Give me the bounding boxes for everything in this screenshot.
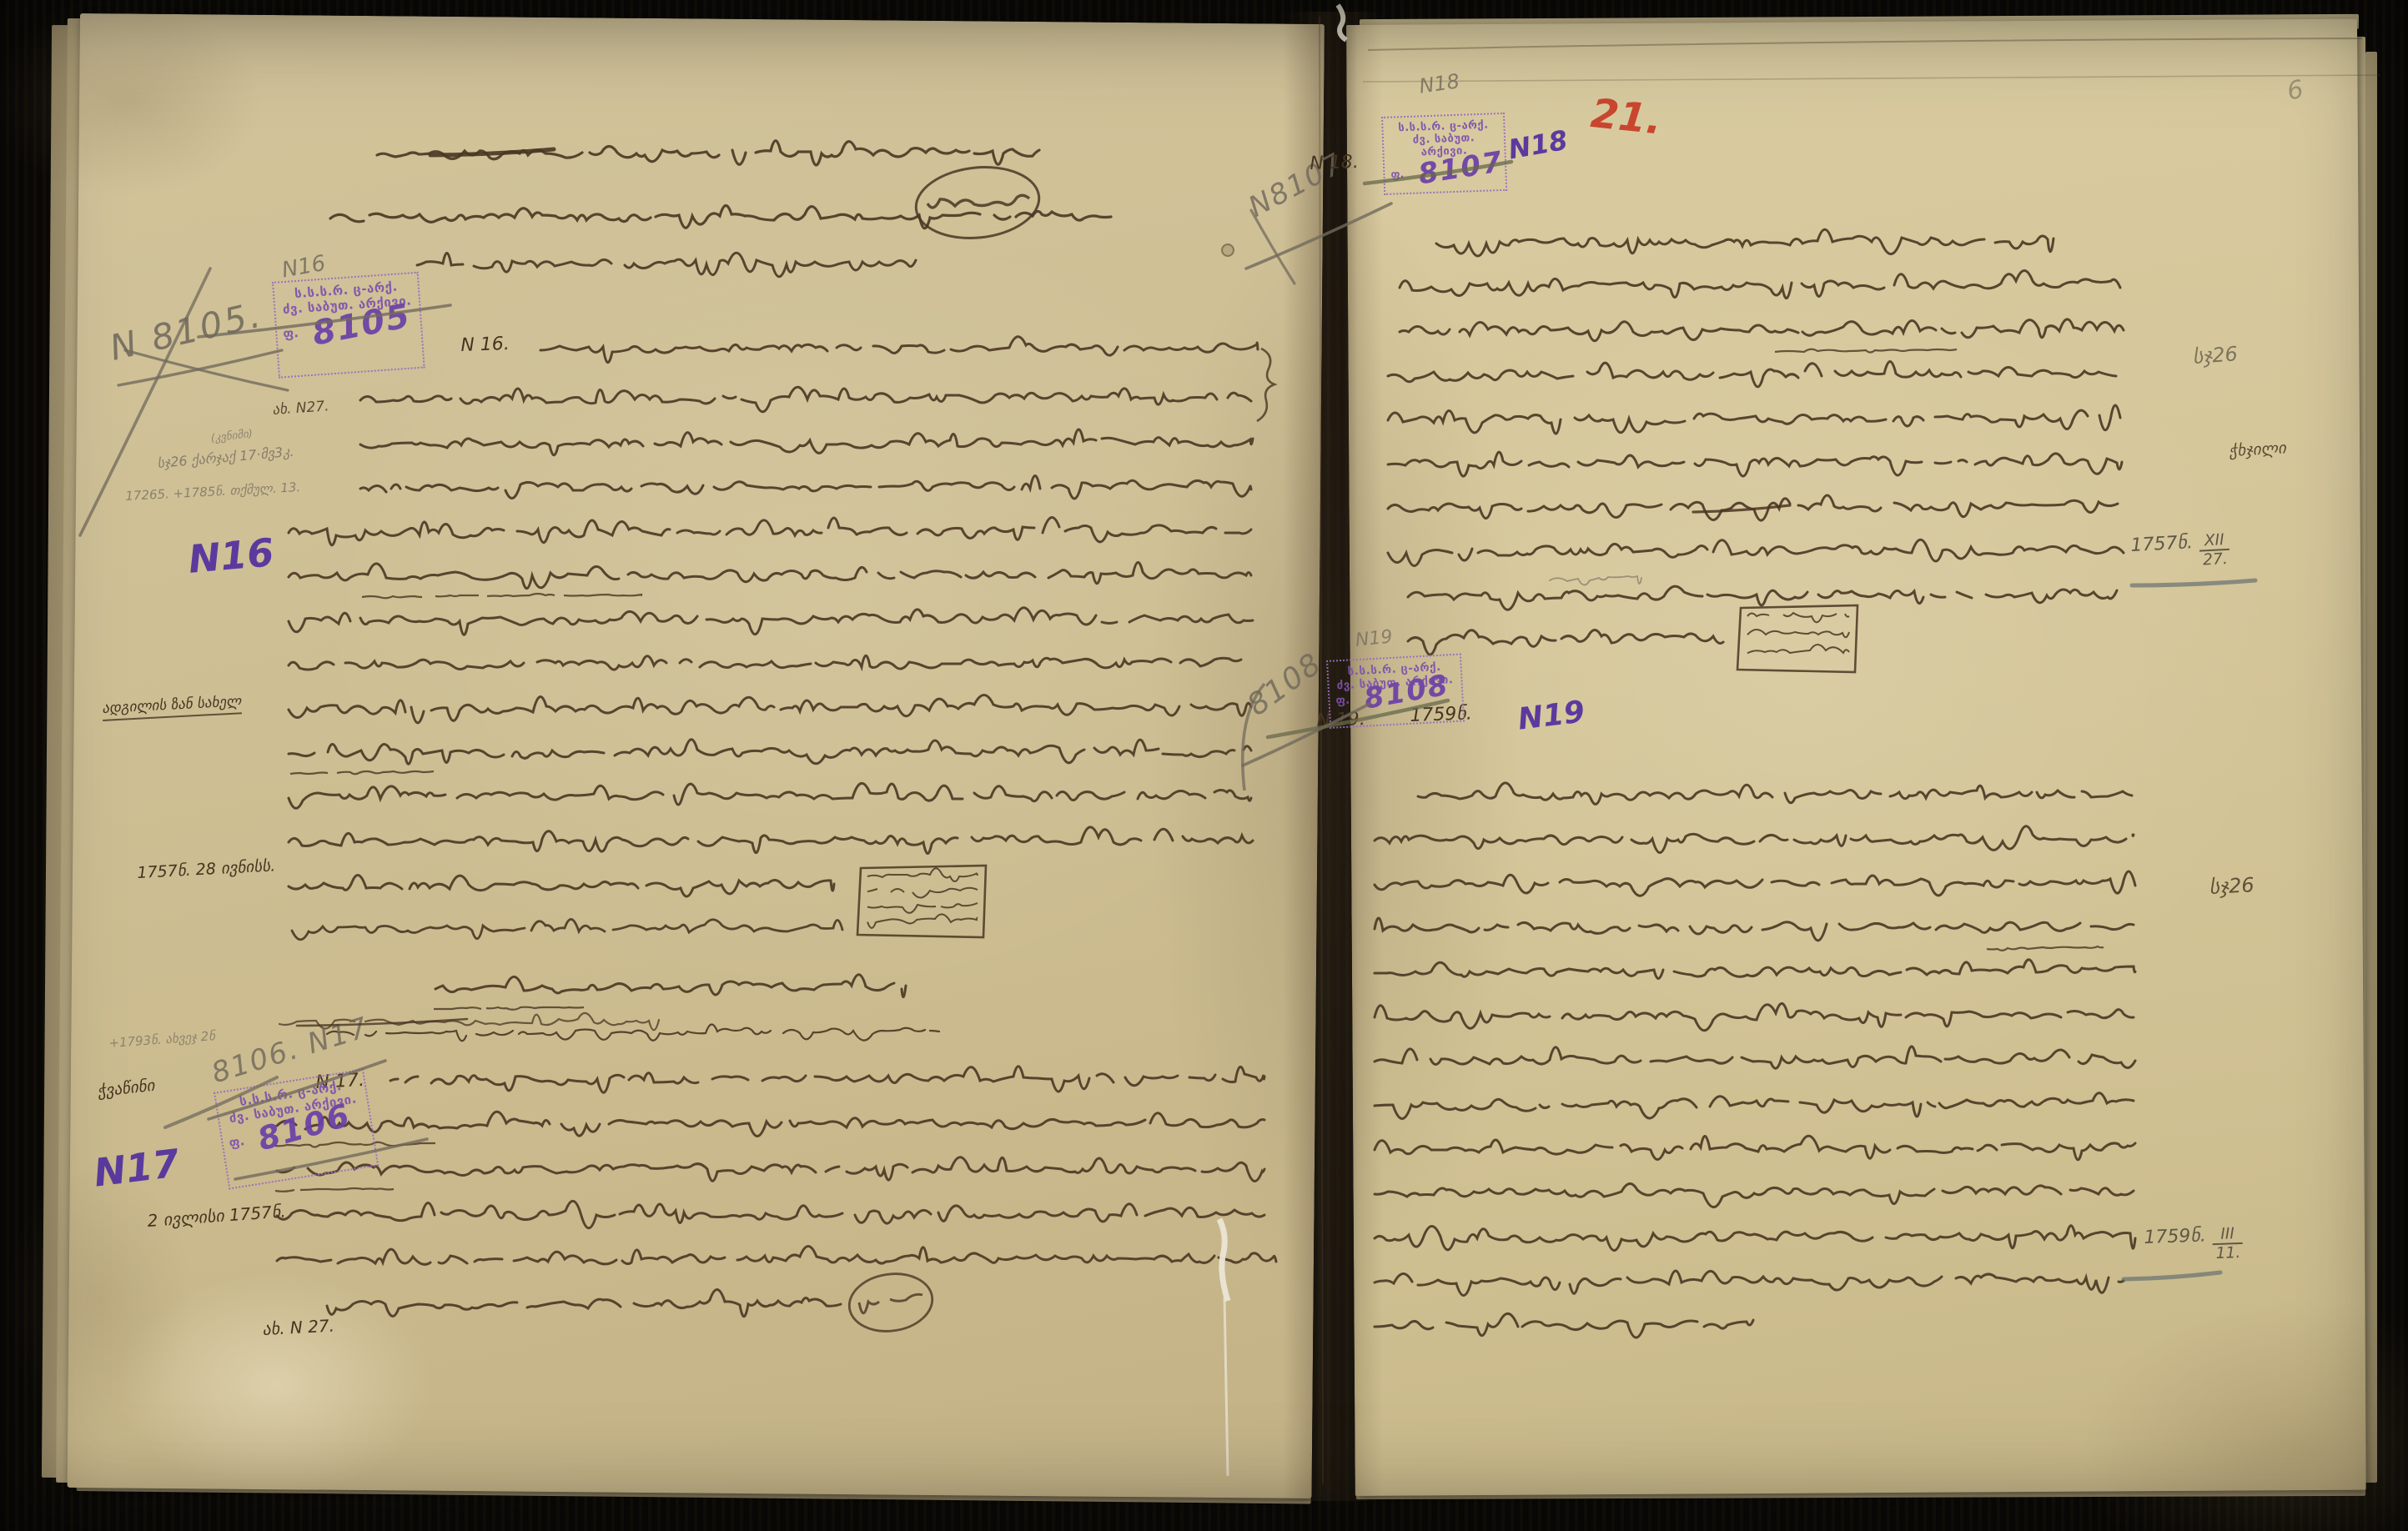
left-page [68, 13, 1325, 1498]
stamp-fond-prefix: ფ. [1390, 168, 1405, 182]
margin-shelfmark-top: სჯ26 [2192, 344, 2239, 367]
footer-old-number-n27: ახ. N 27. [262, 1317, 334, 1337]
stamp-fond-prefix: ფ. [1335, 694, 1350, 708]
pencil-number-n19: N19 [1355, 628, 1394, 650]
margin-date-denominator: 27. [2199, 548, 2230, 568]
under-page-edge-right-2 [2365, 52, 2377, 1483]
margin-date-numerator: XII [2204, 532, 2225, 550]
margin-date-1757-xii-27: 1757ნ. XII27. [2130, 532, 2230, 572]
stamp-fond-prefix: ფ. [228, 1133, 245, 1151]
archive-stamp-8105: ს.ს.ს.რ. ც-არქ. ძვ. საბუთ. არქივი. ფ. 81… [272, 272, 425, 379]
old-number-note-top: ახ. N27. [272, 399, 329, 418]
margin-date-1759-iii-11: 1759ნ. III11. [2144, 1226, 2244, 1264]
right-page [1346, 19, 2366, 1496]
pencil-number-n18: N18 [1418, 71, 1460, 97]
margin-date-numerator: III [2220, 1226, 2235, 1242]
margin-date-year: 1759ნ. [2144, 1227, 2206, 1247]
archive-stamp-8107: ს.ს.ს.რ. ც-არქ. ძვ. საბუთ. არქივი. ფ. 81… [1381, 113, 1507, 195]
margin-word: ჭხჯილი [2229, 440, 2286, 459]
red-number-21: 21. [1589, 93, 1664, 141]
purple-number-n19: N19 [1516, 697, 1586, 735]
manuscript-spread: N16 ს.ს.ს.რ. ც-არქ. ძვ. საბუთ. არქივი. ფ… [0, 0, 2408, 1531]
entry-label-n16: N 16. [460, 335, 510, 355]
margin-date-denominator: 11. [2213, 1242, 2244, 1262]
margin-date-year: 1757ნ. [2130, 534, 2194, 555]
stamp-fond-prefix: ფ. [283, 325, 299, 341]
archive-stamp-8108: ს.ს.ს.რ. ც-არქ. ძვ. საბუთ. არქივი. ფ. 81… [1326, 654, 1465, 729]
purple-number-n17: N17 [92, 1144, 181, 1192]
margin-shelfmark-mid: სჯ26 [2209, 875, 2255, 897]
entry-label-n18: N 18. [1310, 153, 1359, 173]
purple-number-n16: N16 [187, 533, 275, 579]
